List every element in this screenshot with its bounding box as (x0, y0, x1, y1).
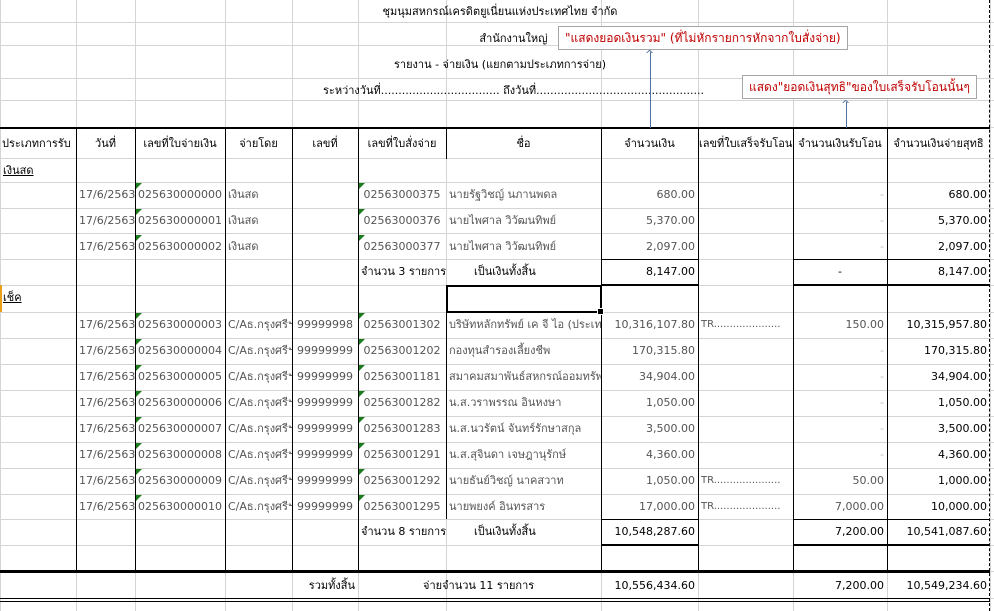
subtotal-count[interactable]: จำนวน 3 รายการ (358, 259, 458, 284)
pay-by-cell[interactable]: C/Aธ.กรุงศรีฯ (225, 494, 292, 519)
arrow-up-icon: ^ (645, 50, 654, 60)
receipt-no-cell[interactable] (698, 442, 793, 467)
column-header[interactable]: จ่ายโดย (225, 129, 292, 158)
receipt-no-cell[interactable] (698, 416, 793, 441)
org-name: ชุมนุมสหกรณ์เครดิตยูเนี่ยนแห่งประเทศไทย … (300, 0, 700, 24)
text-number-indicator (136, 183, 142, 189)
date-cell[interactable]: 17/6/2563 (76, 338, 135, 363)
text-number-indicator (359, 183, 365, 189)
text-number-indicator (136, 417, 142, 423)
page-break-line (989, 0, 990, 611)
office-name: สำนักงานใหญ่ (380, 26, 580, 52)
grand-total-transfer[interactable]: 7,200.00 (793, 573, 887, 598)
ref-no-cell[interactable] (292, 234, 358, 259)
order-no-cell[interactable]: 02563001291 (358, 442, 446, 467)
fill-handle[interactable] (597, 308, 604, 315)
cell-border (0, 598, 990, 599)
text-number-indicator (136, 235, 142, 241)
receipt-no-cell[interactable]: TR..................... (698, 494, 793, 519)
transfer-amount-cell[interactable]: - (793, 442, 887, 467)
transfer-amount-cell[interactable]: 50.00 (793, 468, 887, 493)
ref-no-cell[interactable] (292, 182, 358, 207)
transfer-amount-cell[interactable]: - (793, 338, 887, 363)
order-no-cell[interactable]: 02563001202 (358, 338, 446, 363)
amount-cell[interactable]: 5,370.00 (601, 208, 698, 233)
order-no-cell[interactable]: 02563000375 (358, 182, 446, 207)
name-cell[interactable]: นายไพศาล วิวัฒนทิพย์ (446, 234, 601, 259)
pay-by-cell[interactable]: เงินสด (225, 182, 292, 207)
receipt-no-cell[interactable] (698, 208, 793, 233)
date-cell[interactable]: 17/6/2563 (76, 442, 135, 467)
pay-by-cell[interactable]: เงินสด (225, 234, 292, 259)
transfer-amount-cell[interactable]: - (793, 182, 887, 207)
pay-by-cell[interactable]: เงินสด (225, 208, 292, 233)
date-cell[interactable]: 17/6/2563 (76, 416, 135, 441)
receipt-no-cell[interactable] (698, 364, 793, 389)
name-cell[interactable]: บริษัทหลักทรัพย์ เค จี ไอ (ประเทศ (446, 312, 601, 337)
net-amount-cell[interactable]: 10,315,957.80 (887, 312, 990, 337)
order-no-cell[interactable]: 02563001283 (358, 416, 446, 441)
order-no-cell[interactable]: 02563000377 (358, 234, 446, 259)
text-number-indicator (359, 235, 365, 241)
cell-border (0, 601, 990, 602)
subtotal-transfer[interactable]: 7,200.00 (793, 519, 887, 544)
ref-no-cell[interactable] (292, 208, 358, 233)
pay-by-cell[interactable]: C/Aธ.กรุงศรีฯ (225, 442, 292, 467)
ref-no-cell[interactable]: 99999999 (292, 494, 358, 519)
voucher-cell[interactable]: 025630000008 (135, 442, 225, 467)
cell-border (446, 127, 447, 159)
name-cell[interactable]: น.ส.วราพรรณ อินหงษา (446, 390, 601, 415)
receipt-no-cell[interactable]: TR..................... (698, 468, 793, 493)
text-number-indicator (136, 469, 142, 475)
gridline (990, 0, 991, 611)
subtotal-transfer[interactable]: - (793, 259, 887, 284)
voucher-cell[interactable]: 025630000002 (135, 234, 225, 259)
amount-cell[interactable]: 170,315.80 (601, 338, 698, 363)
text-number-indicator (136, 443, 142, 449)
gross-amount-note[interactable]: "แสดงยอดเงินรวม" (ที่ไม่หักรายการหักจากใ… (558, 26, 848, 50)
name-cell[interactable]: นายรัฐวิชญ์ นภานพดล (446, 182, 601, 207)
text-number-indicator (359, 417, 365, 423)
text-number-indicator (136, 495, 142, 501)
order-no-cell[interactable]: 02563001282 (358, 390, 446, 415)
pay-by-cell[interactable]: C/Aธ.กรุงศรีฯ (225, 416, 292, 441)
subtotal-count[interactable]: จำนวน 8 รายการ (358, 519, 458, 544)
transfer-amount-cell[interactable]: 150.00 (793, 312, 887, 337)
pay-by-cell[interactable]: C/Aธ.กรุงศรีฯ (225, 364, 292, 389)
amount-cell[interactable]: 34,904.00 (601, 364, 698, 389)
amount-cell[interactable]: 3,500.00 (601, 416, 698, 441)
text-number-indicator (359, 443, 365, 449)
column-header[interactable]: จำนวนเงินจ่ายสุทธิ (887, 129, 990, 158)
transfer-amount-cell[interactable]: - (793, 364, 887, 389)
net-amount-cell[interactable]: 4,360.00 (887, 442, 990, 467)
date-cell[interactable]: 17/6/2563 (76, 364, 135, 389)
column-header[interactable]: ชื่อ (446, 129, 601, 158)
column-header[interactable]: จำนวนเงินรับโอน (793, 129, 887, 158)
text-number-indicator (359, 365, 365, 371)
order-no-cell[interactable]: 02563001292 (358, 468, 446, 493)
voucher-cell[interactable]: 025630000007 (135, 416, 225, 441)
column-header[interactable]: เลขที่ (292, 129, 358, 158)
net-amount-cell[interactable]: 5,370.00 (887, 208, 990, 233)
ref-no-cell[interactable]: 99999999 (292, 364, 358, 389)
column-header[interactable]: วันที่ (76, 129, 135, 158)
transfer-amount-cell[interactable]: - (793, 416, 887, 441)
order-no-cell[interactable]: 02563001302 (358, 312, 446, 337)
transfer-amount-cell[interactable]: - (793, 234, 887, 259)
group-label[interactable]: เช็ค (0, 285, 76, 310)
net-amount-cell[interactable]: 1,050.00 (887, 390, 990, 415)
grand-total-net[interactable]: 10,549,234.60 (887, 573, 990, 598)
grand-total-amount[interactable]: 10,556,434.60 (601, 573, 698, 598)
voucher-cell[interactable]: 025630000009 (135, 468, 225, 493)
net-amount-cell[interactable]: 3,500.00 (887, 416, 990, 441)
ref-no-cell[interactable]: 99999999 (292, 338, 358, 363)
text-number-indicator (136, 391, 142, 397)
gridline (0, 158, 994, 159)
ref-no-cell[interactable]: 99999999 (292, 468, 358, 493)
date-cell[interactable]: 17/6/2563 (76, 390, 135, 415)
voucher-cell[interactable]: 025630000005 (135, 364, 225, 389)
net-amount-cell[interactable]: 2,097.00 (887, 234, 990, 259)
subtotal-net[interactable]: 8,147.00 (887, 259, 990, 284)
amount-cell[interactable]: 4,360.00 (601, 442, 698, 467)
grand-total-count[interactable]: จ่ายจำนวน 11 รายการ (420, 573, 600, 598)
amount-cell[interactable]: 680.00 (601, 182, 698, 207)
name-cell[interactable]: กองทุนสำรองเลี้ยงชีพ (446, 338, 601, 363)
net-amount-cell[interactable]: 34,904.00 (887, 364, 990, 389)
text-number-indicator (359, 391, 365, 397)
receipt-no-cell[interactable] (698, 182, 793, 207)
net-amount-cell[interactable]: 1,000.00 (887, 468, 990, 493)
voucher-cell[interactable]: 025630000001 (135, 208, 225, 233)
receipt-no-cell[interactable] (698, 234, 793, 259)
cell-border (601, 544, 698, 546)
cell-border (793, 284, 990, 286)
gross-note-arrow (650, 52, 651, 128)
report-title: รายงาน - จ่ายเงิน (แยกตามประเภทการจ่าย) (300, 52, 700, 78)
name-cell[interactable]: น.ส.นวรัตน์ จันทร์รักษาสกุล (446, 416, 601, 441)
subtotal-label[interactable]: เป็นเงินทั้งสิ้น (446, 259, 601, 284)
pay-by-cell[interactable]: C/Aธ.กรุงศรีฯ (225, 390, 292, 415)
text-number-indicator (136, 339, 142, 345)
selected-cell[interactable] (446, 285, 602, 313)
net-amount-cell[interactable]: 170,315.80 (887, 338, 990, 363)
name-cell[interactable]: สมาคมสมาพันธ์สหกรณ์ออมทรัพย์ (446, 364, 601, 389)
amount-cell[interactable]: 1,050.00 (601, 390, 698, 415)
receipt-no-cell[interactable] (698, 338, 793, 363)
cell-border (0, 127, 990, 129)
order-no-cell[interactable]: 02563000376 (358, 208, 446, 233)
order-no-cell[interactable]: 02563001295 (358, 494, 446, 519)
pay-by-cell[interactable]: C/Aธ.กรุงศรีฯ (225, 468, 292, 493)
text-number-indicator (359, 313, 365, 319)
amount-cell[interactable]: 10,316,107.80 (601, 312, 698, 337)
voucher-cell[interactable]: 025630000000 (135, 182, 225, 207)
column-header[interactable]: ประเภทการรับ (0, 129, 76, 158)
receipt-no-cell[interactable]: TR..................... (698, 312, 793, 337)
text-number-indicator (359, 469, 365, 475)
name-cell[interactable]: น.ส.สุจินดา เจษฎานุรักษ์ (446, 442, 601, 467)
net-amount-note[interactable]: แสดง"ยอดเงินสุทธิ"ของใบเสร็จรับโอนนั้นๆ (742, 75, 977, 99)
date-range: ระหว่างวันที่...........................… (320, 78, 740, 104)
text-number-indicator (359, 209, 365, 215)
ref-no-cell[interactable]: 99999999 (292, 416, 358, 441)
column-header[interactable]: เลขที่ใบจ่ายเงิน (135, 129, 225, 158)
column-header[interactable]: เลขที่ใบเสร็จรับโอน (698, 129, 793, 158)
voucher-cell[interactable]: 025630000003 (135, 312, 225, 337)
net-amount-cell[interactable]: 680.00 (887, 182, 990, 207)
voucher-cell[interactable]: 025630000004 (135, 338, 225, 363)
date-cell[interactable]: 17/6/2563 (76, 208, 135, 233)
transfer-amount-cell[interactable]: - (793, 390, 887, 415)
order-no-cell[interactable]: 02563001181 (358, 364, 446, 389)
date-cell[interactable]: 17/6/2563 (76, 312, 135, 337)
cell-border (793, 544, 990, 546)
subtotal-label[interactable]: เป็นเงินทั้งสิ้น (446, 519, 601, 544)
date-cell[interactable]: 17/6/2563 (76, 494, 135, 519)
name-cell[interactable]: นายพยงค์ อินทรสาร (446, 494, 601, 519)
cell-border (601, 284, 698, 286)
voucher-cell[interactable]: 025630000006 (135, 390, 225, 415)
subtotal-amount[interactable]: 8,147.00 (601, 259, 698, 284)
arrow-up-icon: ^ (841, 100, 850, 110)
group-label[interactable]: เงินสด (0, 158, 76, 183)
transfer-amount-cell[interactable]: - (793, 208, 887, 233)
text-number-indicator (136, 209, 142, 215)
ref-no-cell[interactable]: 99999999 (292, 390, 358, 415)
column-header[interactable]: จำนวนเงิน (601, 129, 698, 158)
text-number-indicator (359, 339, 365, 345)
column-header[interactable]: เลขที่ใบสั่งจ่าย (358, 129, 446, 158)
amount-cell[interactable]: 1,050.00 (601, 468, 698, 493)
name-cell[interactable]: นายธันย์วิชญ์ นาคสวาท (446, 468, 601, 493)
subtotal-amount[interactable]: 10,548,287.60 (601, 519, 698, 544)
grand-total-label[interactable]: รวมทั้งสิ้น (240, 573, 358, 598)
receipt-no-cell[interactable] (698, 390, 793, 415)
text-number-indicator (136, 365, 142, 371)
text-number-indicator (359, 495, 365, 501)
pay-by-cell[interactable]: C/Aธ.กรุงศรีฯ (225, 338, 292, 363)
date-cell[interactable]: 17/6/2563 (76, 182, 135, 207)
net-amount-cell[interactable]: 10,000.00 (887, 494, 990, 519)
text-number-indicator (136, 313, 142, 319)
date-cell[interactable]: 17/6/2563 (76, 234, 135, 259)
subtotal-net[interactable]: 10,541,087.60 (887, 519, 990, 544)
voucher-cell[interactable]: 025630000010 (135, 494, 225, 519)
name-cell[interactable]: นายไพศาล วิวัฒนทิพย์ (446, 208, 601, 233)
ref-no-cell[interactable]: 99999999 (292, 442, 358, 467)
date-cell[interactable]: 17/6/2563 (76, 468, 135, 493)
ref-no-cell[interactable]: 99999998 (292, 312, 358, 337)
pay-by-cell[interactable]: C/Aธ.กรุงศรีฯ (225, 312, 292, 337)
amount-cell[interactable]: 2,097.00 (601, 234, 698, 259)
transfer-amount-cell[interactable]: 7,000.00 (793, 494, 887, 519)
amount-cell[interactable]: 17,000.00 (601, 494, 698, 519)
